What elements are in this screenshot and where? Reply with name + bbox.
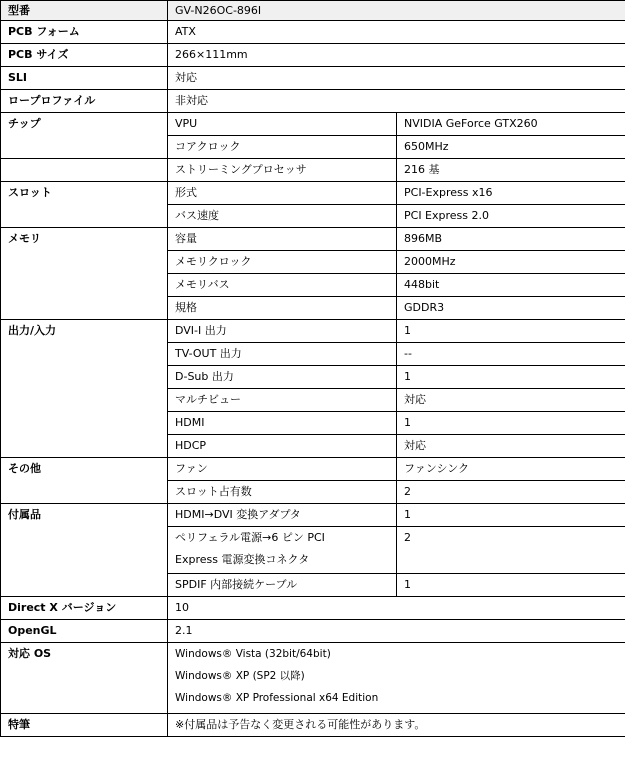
sublabel-memory-clock: メモリクロック <box>168 251 397 274</box>
value-memory-clock: 2000MHz <box>397 251 625 274</box>
row-os: 対応 OS Windows® Vista (32bit/64bit) Windo… <box>1 643 625 714</box>
value-os: Windows® Vista (32bit/64bit) Windows® XP… <box>168 643 625 714</box>
label-pcb-size: PCB サイズ <box>1 44 168 67</box>
value-tvout: -- <box>397 343 625 366</box>
value-fan: ファンシンク <box>397 458 625 481</box>
value-stream-processors: 216 基 <box>397 159 625 182</box>
value-slot-occupancy: 2 <box>397 481 625 504</box>
sublabel-slot-occupancy: スロット占有数 <box>168 481 397 504</box>
spec-table: 型番 GV-N26OC-896I PCB フォーム ATX PCB サイズ 26… <box>0 0 625 737</box>
sublabel-fan: ファン <box>168 458 397 481</box>
sublabel-bus-speed: バス速度 <box>168 205 397 228</box>
value-hdmi: 1 <box>397 412 625 435</box>
label-low-profile: ロープロファイル <box>1 90 168 113</box>
value-vpu: NVIDIA GeForce GTX260 <box>397 113 625 136</box>
value-hdcp: 対応 <box>397 435 625 458</box>
row-other-fan: その他 ファン ファンシンク <box>1 458 625 481</box>
row-memory-size: メモリ 容量 896MB <box>1 228 625 251</box>
label-empty <box>1 159 168 182</box>
row-pcb-form: PCB フォーム ATX <box>1 21 625 44</box>
value-power-connector: 2 <box>397 527 625 574</box>
row-notes: 特筆 ※付属品は予告なく変更される可能性があります。 <box>1 714 625 737</box>
sublabel-stream-processors: ストリーミングプロセッサ <box>168 159 397 182</box>
label-memory: メモリ <box>1 228 168 320</box>
sublabel-dsub: D-Sub 出力 <box>168 366 397 389</box>
sublabel-dvi: DVI-I 出力 <box>168 320 397 343</box>
label-other: その他 <box>1 458 168 504</box>
sublabel-core-clock: コアクロック <box>168 136 397 159</box>
value-memory-type: GDDR3 <box>397 297 625 320</box>
label-model: 型番 <box>1 1 168 21</box>
label-sli: SLI <box>1 67 168 90</box>
label-chip: チップ <box>1 113 168 159</box>
label-directx: Direct X バージョン <box>1 597 168 620</box>
sublabel-memory-size: 容量 <box>168 228 397 251</box>
value-sli: 対応 <box>168 67 625 90</box>
value-dvi: 1 <box>397 320 625 343</box>
label-notes: 特筆 <box>1 714 168 737</box>
power-connector-line1: ペリフェラル電源→6 ピン PCI <box>175 527 396 549</box>
value-multiview: 対応 <box>397 389 625 412</box>
power-connector-line2: Express 電源変換コネクタ <box>175 549 396 571</box>
sublabel-memory-type: 規格 <box>168 297 397 320</box>
label-accessories: 付属品 <box>1 504 168 597</box>
value-notes: ※付属品は予告なく変更される可能性があります。 <box>168 714 625 737</box>
label-opengl: OpenGL <box>1 620 168 643</box>
value-memory-bus: 448bit <box>397 274 625 297</box>
value-pcb-size: 266×111mm <box>168 44 625 67</box>
row-directx: Direct X バージョン 10 <box>1 597 625 620</box>
row-io-dvi: 出力/入力 DVI-I 出力 1 <box>1 320 625 343</box>
value-slot-type: PCI-Express x16 <box>397 182 625 205</box>
label-pcb-form: PCB フォーム <box>1 21 168 44</box>
row-sli: SLI 対応 <box>1 67 625 90</box>
os-item: Windows® XP (SP2 以降) <box>175 665 625 687</box>
sublabel-power-connector: ペリフェラル電源→6 ピン PCI Express 電源変換コネクタ <box>168 527 397 574</box>
label-io: 出力/入力 <box>1 320 168 458</box>
sublabel-tvout: TV-OUT 出力 <box>168 343 397 366</box>
value-pcb-form: ATX <box>168 21 625 44</box>
sublabel-hdcp: HDCP <box>168 435 397 458</box>
row-model: 型番 GV-N26OC-896I <box>1 1 625 21</box>
label-slot: スロット <box>1 182 168 228</box>
os-item: Windows® Vista (32bit/64bit) <box>175 643 625 665</box>
sublabel-vpu: VPU <box>168 113 397 136</box>
os-item: Windows® XP Professional x64 Edition <box>175 687 625 709</box>
value-core-clock: 650MHz <box>397 136 625 159</box>
row-opengl: OpenGL 2.1 <box>1 620 625 643</box>
row-pcb-size: PCB サイズ 266×111mm <box>1 44 625 67</box>
row-acc-hdmi-dvi: 付属品 HDMI→DVI 変換アダプタ 1 <box>1 504 625 527</box>
row-chip-vpu: チップ VPU NVIDIA GeForce GTX260 <box>1 113 625 136</box>
label-os: 対応 OS <box>1 643 168 714</box>
row-low-profile: ロープロファイル 非対応 <box>1 90 625 113</box>
sublabel-hdmi: HDMI <box>168 412 397 435</box>
value-model: GV-N26OC-896I <box>168 1 625 21</box>
value-dsub: 1 <box>397 366 625 389</box>
sublabel-memory-bus: メモリバス <box>168 274 397 297</box>
sublabel-spdif-cable: SPDIF 内部接続ケーブル <box>168 574 397 597</box>
value-memory-size: 896MB <box>397 228 625 251</box>
value-bus-speed: PCI Express 2.0 <box>397 205 625 228</box>
value-spdif-cable: 1 <box>397 574 625 597</box>
row-slot-type: スロット 形式 PCI-Express x16 <box>1 182 625 205</box>
sublabel-multiview: マルチビュー <box>168 389 397 412</box>
sublabel-slot-type: 形式 <box>168 182 397 205</box>
value-opengl: 2.1 <box>168 620 625 643</box>
value-low-profile: 非対応 <box>168 90 625 113</box>
row-chip-stream-processors: ストリーミングプロセッサ 216 基 <box>1 159 625 182</box>
sublabel-hdmi-dvi-adapter: HDMI→DVI 変換アダプタ <box>168 504 397 527</box>
value-hdmi-dvi-adapter: 1 <box>397 504 625 527</box>
value-directx: 10 <box>168 597 625 620</box>
